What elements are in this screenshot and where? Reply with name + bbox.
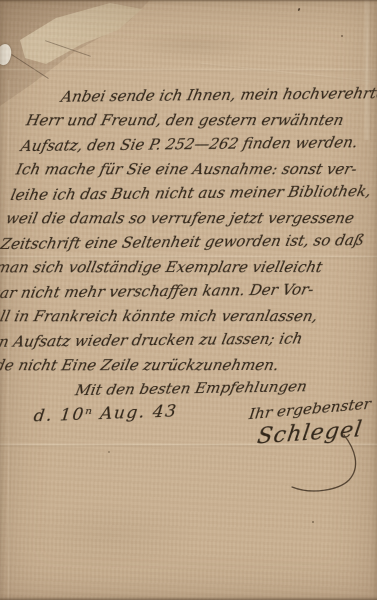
letter-line: leihe ich das Buch nicht aus meiner Bibl… (8, 179, 346, 207)
paper-stain (20, 500, 200, 570)
signature: Schlegel (256, 417, 365, 449)
letter-body: Anbei sende ich Ihnen, mein hochverehrte… (0, 82, 366, 378)
letter-line: man sich vollständige Exemplare vielleic… (0, 254, 331, 279)
letter-line: weil die damals so verrufene jetzt verge… (4, 205, 341, 230)
letter-line: Aufsatz, den Sie P. 252—262 finden werde… (19, 130, 357, 158)
letter-line: finde nicht Eine Zeile zurückzunehmen. (0, 352, 310, 377)
letter-line: gar nicht mehr verschaffen kann. Der Vor… (0, 277, 326, 305)
fold-line-top (0, 68, 377, 72)
ink-speck (312, 521, 314, 523)
letter-line: Zeitschrift eine Seltenheit geworden ist… (0, 228, 336, 256)
letter-line: Anbei sende ich Ihnen, mein hochverehrte… (29, 81, 367, 109)
ink-speck (341, 35, 343, 37)
ink-speck (297, 8, 300, 12)
ink-speck (108, 451, 110, 453)
scan-edge-top (0, 0, 377, 2)
letter-scan: Anbei sende ich Ihnen, mein hochverehrte… (0, 0, 377, 600)
letter-line: Herr und Freund, den gestern erwähnten (24, 107, 361, 132)
letter-line: fall in Frankreich könnte mich veranlass… (0, 303, 321, 328)
date-line: d. 10ⁿ Aug. 43 (33, 402, 179, 427)
diagonal-crease (200, 63, 377, 84)
letter-line: Ich mache für Sie eine Ausnahme: sonst v… (14, 156, 351, 181)
letter-line: den Aufsatz wieder drucken zu lassen; ic… (0, 326, 316, 354)
paper-stain (130, 28, 260, 62)
closing-line: Mit den besten Empfehlungen (74, 377, 309, 399)
edge-crease-right (363, 0, 371, 140)
